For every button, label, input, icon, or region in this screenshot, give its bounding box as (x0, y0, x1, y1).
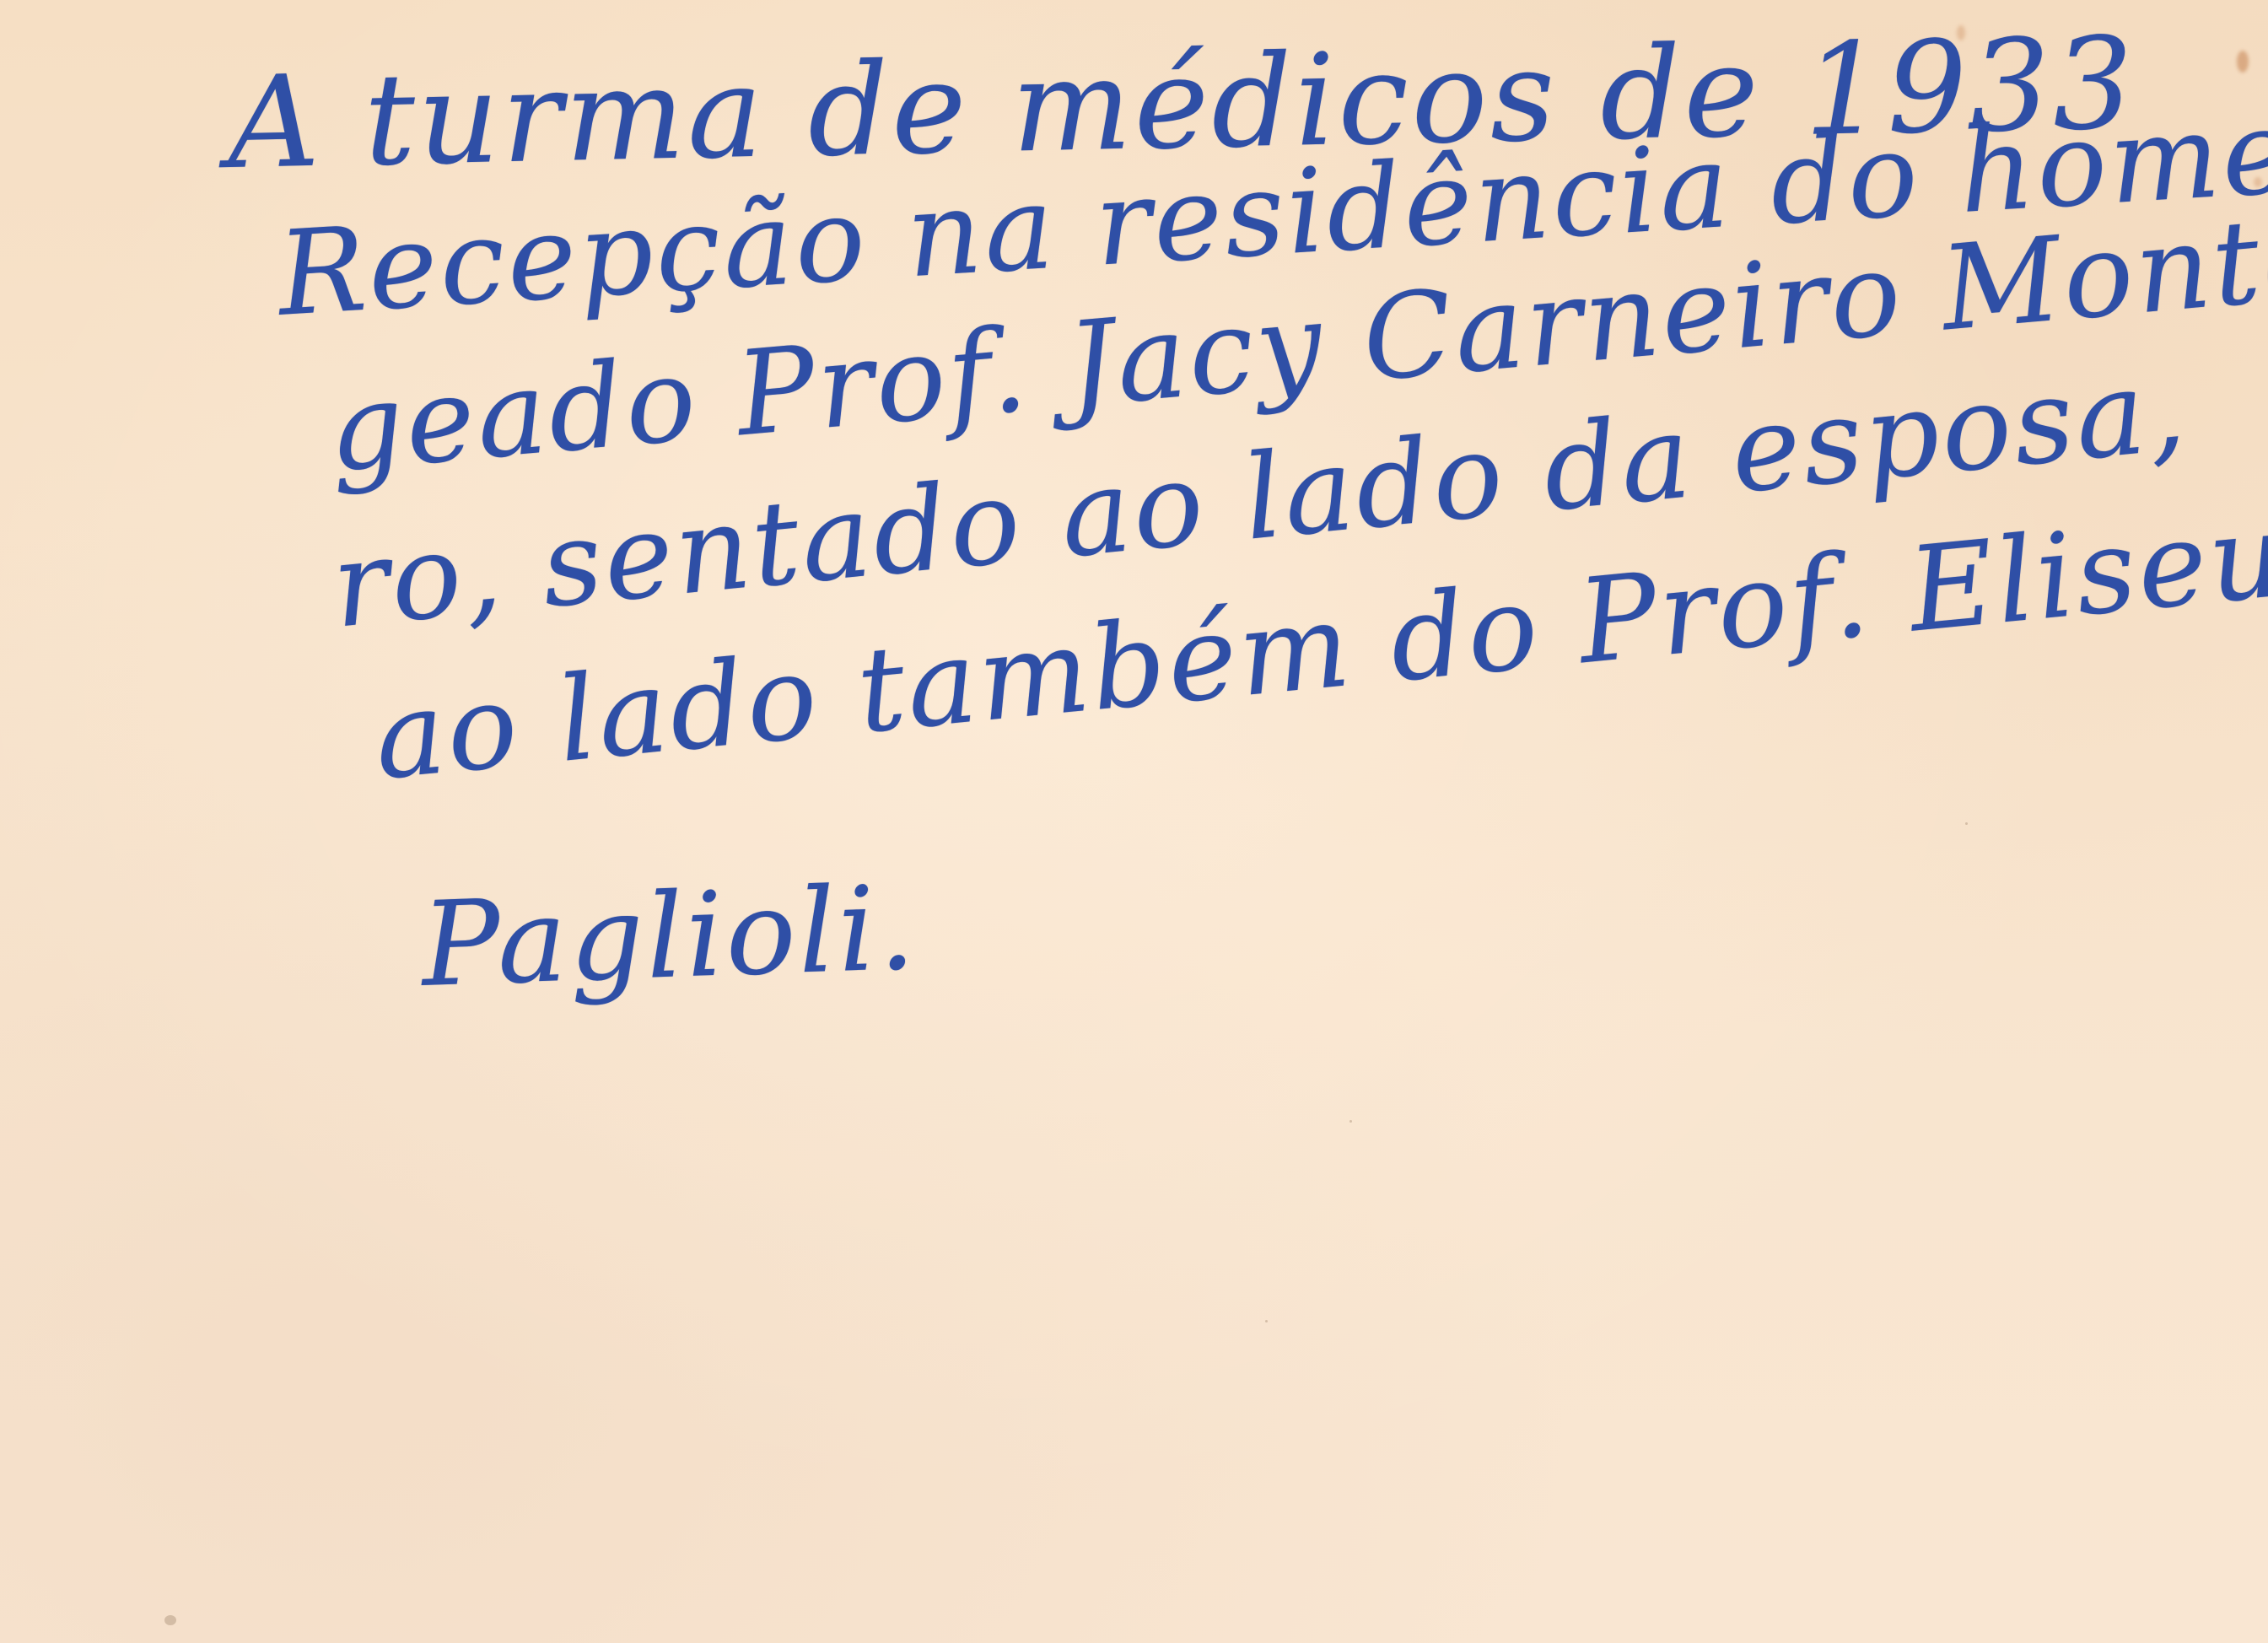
paper-speck (1349, 1120, 1352, 1123)
paper-speck (1265, 1320, 1268, 1322)
foxing-stain (2237, 51, 2249, 73)
paper-speck (164, 1615, 176, 1625)
paper-speck (1965, 822, 1968, 825)
handwritten-line-6: Paglioli. (419, 860, 919, 1013)
aged-paper-card: A turma de médicos de 1933 Recepção na r… (0, 0, 2268, 1643)
